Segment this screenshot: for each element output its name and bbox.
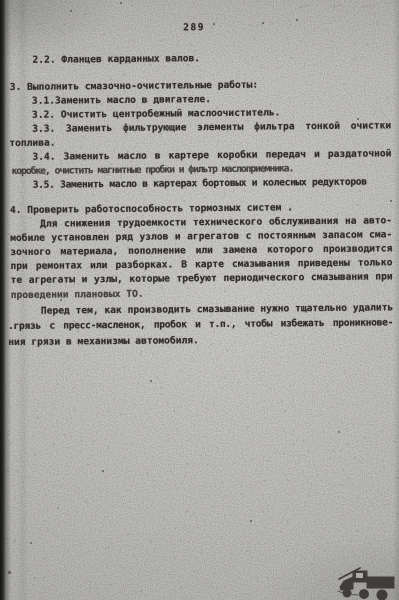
paragraph-2-line-2: .грязь с пресс-масленок, пробок и т.п., …: [8, 317, 393, 333]
scanned-document-page: 289 2.2. Фланцев карданных валов. 3. Вып…: [0, 0, 399, 600]
item-3-3: 3.3. Заменить фильтрующие элементы фильт…: [32, 120, 391, 135]
item-3-5: 3.5. Заменить масло в картерах бортовых …: [33, 177, 367, 192]
section-3-heading: 3. Выполнить смазочно-очистительные рабо…: [10, 80, 258, 94]
page-number: 289: [183, 22, 205, 34]
paragraph-1-line-3: зочного материала, пополнение или замена…: [10, 243, 392, 259]
paragraph-1-line-6: проведении плановых ТО.: [11, 289, 144, 302]
item-3-3-continuation: топлива.: [9, 138, 55, 150]
item-3-4-continuation: коробке, очистить магнитные пробки и фил…: [12, 163, 294, 178]
paragraph-1-line-5: те агрегаты и узлы, которые требуют пери…: [11, 271, 393, 287]
paragraph-1-line-1: Для снижения трудоемкости технического о…: [40, 215, 392, 230]
item-3-1: 3.1.Заменить масло в двигателе.: [32, 94, 211, 108]
truck-stamp-icon: [336, 564, 398, 600]
typewritten-text-block: 289 2.2. Фланцев карданных валов. 3. Вып…: [0, 0, 399, 600]
section-4-heading: 4. Проверить работоспособность тормозных…: [10, 202, 293, 217]
paragraph-2-line-1: Перед тем, как производить смазывание ну…: [41, 302, 393, 317]
item-3-2: 3.2. Очистить центробежный маслоочистите…: [32, 107, 280, 121]
item-3-4: 3.4. Заменить масло в картере коробки пе…: [32, 148, 391, 163]
binding-edge-shadow: [0, 0, 11, 600]
item-2-2: 2.2. Фланцев карданных валов.: [32, 53, 200, 67]
paragraph-2-line-3: ния грязи в механизмы автомобиля.: [8, 335, 199, 349]
paragraph-1-line-4: при ремонтах или разборках. В карте смаз…: [10, 257, 392, 273]
paragraph-1-line-2: мобиле установлен ряд узлов и агрегатов …: [10, 229, 392, 245]
